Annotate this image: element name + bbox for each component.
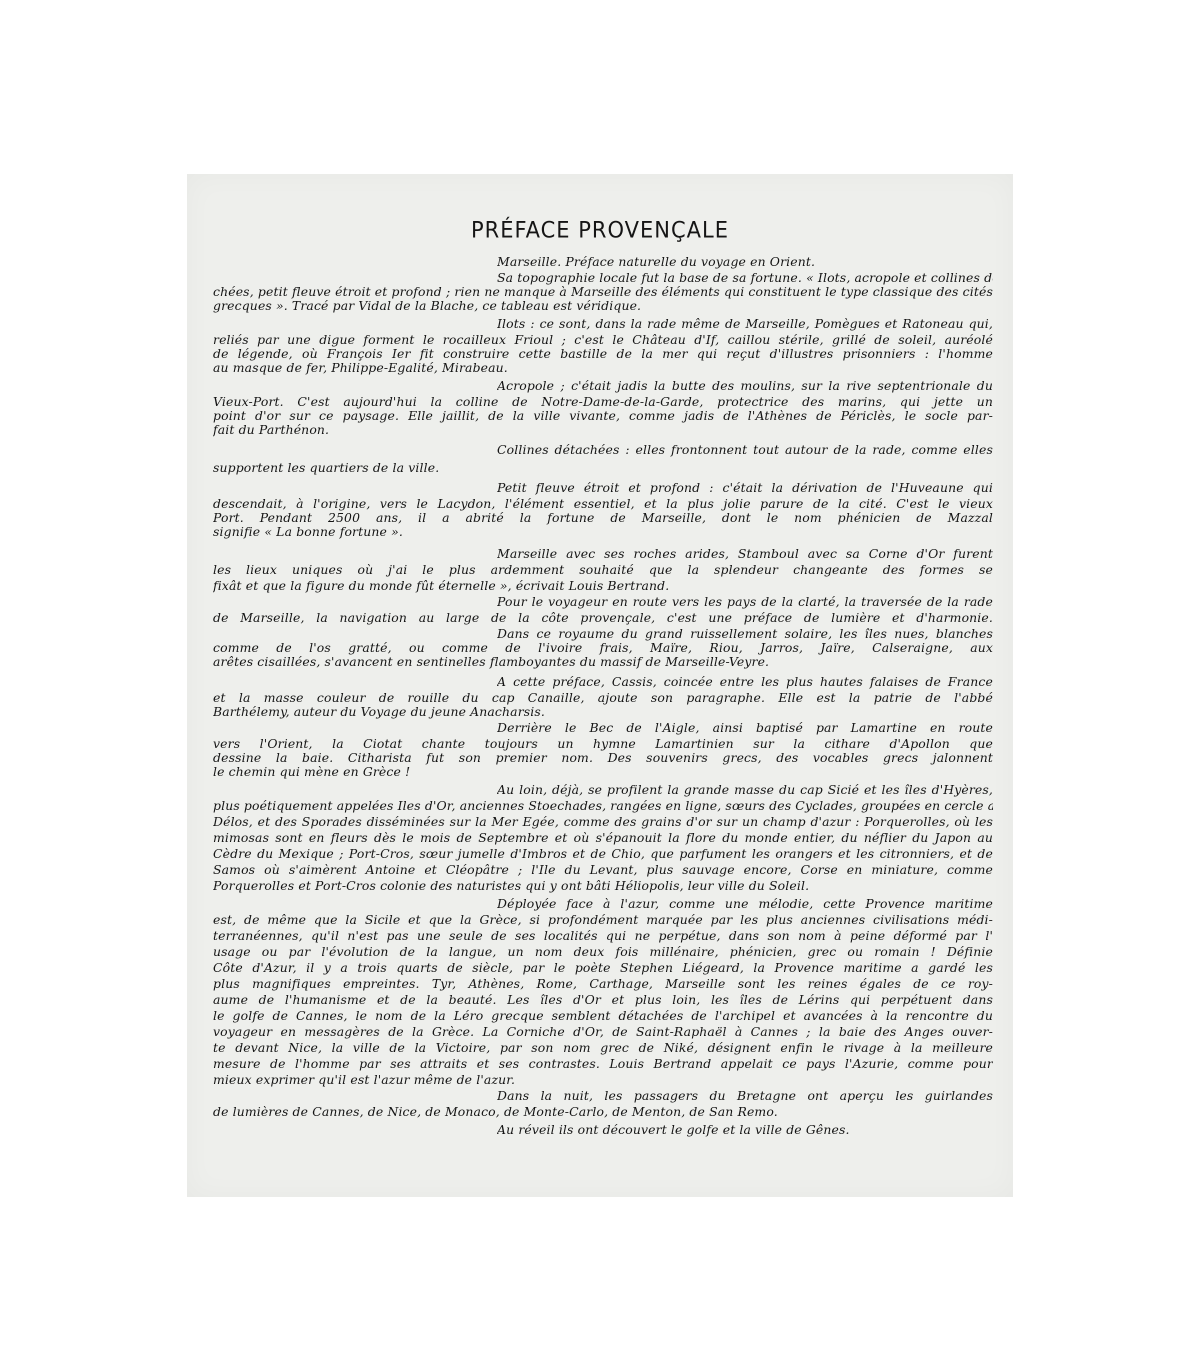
text-line: Porquerolles et Port-Cros colonie des na…	[213, 878, 993, 894]
text-line: mesure de l'homme par ses attraits et se…	[213, 1056, 993, 1072]
text-line: au masque de fer, Philippe-Egalité, Mira…	[213, 360, 993, 376]
text-line: Déployée face à l'azur, comme une mélodi…	[497, 896, 993, 912]
text-line: les lieux uniques où j'ai le plus ardemm…	[213, 562, 993, 578]
text-line: de lumières de Cannes, de Nice, de Monac…	[213, 1104, 993, 1120]
text-line: arêtes cisaillées, s'avancent en sentine…	[213, 654, 993, 670]
text-line: aume de l'humanisme et de la beauté. Les…	[213, 992, 993, 1008]
text-line: Marseille avec ses roches arides, Stambo…	[497, 546, 993, 562]
manuscript-page: PRÉFACE PROVENÇALE Marseille. Préface na…	[187, 174, 1013, 1197]
text-line: A cette préface, Cassis, coincée entre l…	[497, 674, 993, 690]
text-line: Au loin, déjà, se profilent la grande ma…	[497, 782, 993, 798]
text-line: Pour le voyageur en route vers les pays …	[497, 594, 993, 610]
text-line: fait du Parthénon.	[213, 422, 993, 438]
text-line: Collines détachées : elles frontonnent t…	[497, 442, 993, 458]
text-line: Acropole ; c'était jadis la butte des mo…	[497, 378, 993, 394]
text-line: le golfe de Cannes, le nom de la Léro gr…	[213, 1008, 993, 1024]
text-line: Samos où s'aimèrent Antoine et Cléopâtre…	[213, 862, 993, 878]
page-title: PRÉFACE PROVENÇALE	[187, 217, 1013, 242]
text-line: plus magnifiques empreintes. Tyr, Athène…	[213, 976, 993, 992]
text-line: Dans la nuit, les passagers du Bretagne …	[497, 1088, 993, 1104]
text-line: Cèdre du Mexique ; Port-Cros, sœur jumel…	[213, 846, 993, 862]
text-line: Derrière le Bec de l'Aigle, ainsi baptis…	[497, 720, 993, 736]
text-line: Côte d'Azur, il y a trois quarts de sièc…	[213, 960, 993, 976]
text-line: Petit fleuve étroit et profond : c'était…	[497, 480, 993, 496]
text-line: usage ou par l'évolution de la langue, u…	[213, 944, 993, 960]
text-line: te devant Nice, la ville de la Victoire,…	[213, 1040, 993, 1056]
text-line: plus poétiquement appelées Iles d'Or, an…	[213, 798, 993, 814]
text-line: terranéennes, qu'il n'est pas une seule …	[213, 928, 993, 944]
text-line: Délos, et des Sporades disséminées sur l…	[213, 814, 993, 830]
text-line: mimosas sont en fleurs dès le mois de Se…	[213, 830, 993, 846]
text-line: le chemin qui mène en Grèce !	[213, 764, 993, 780]
text-line: Au réveil ils ont découvert le golfe et …	[497, 1122, 993, 1138]
text-line: Ilots : ce sont, dans la rade même de Ma…	[497, 316, 993, 332]
text-line: voyageur en messagères de la Grèce. La C…	[213, 1024, 993, 1040]
text-line: mieux exprimer qu'il est l'azur même de …	[213, 1072, 993, 1088]
text-line: de Marseille, la navigation au large de …	[213, 610, 993, 626]
text-line: supportent les quartiers de la ville.	[213, 460, 993, 476]
text-line: Barthélemy, auteur du Voyage du jeune An…	[213, 704, 993, 720]
text-line: signifie « La bonne fortune ».	[213, 524, 993, 540]
text-line: est, de même que la Sicile et que la Grè…	[213, 912, 993, 928]
text-line: Marseille. Préface naturelle du voyage e…	[497, 254, 993, 270]
text-line: grecques ». Tracé par Vidal de la Blache…	[213, 298, 993, 314]
text-line: fixât et que la figure du monde fût éter…	[213, 578, 993, 594]
